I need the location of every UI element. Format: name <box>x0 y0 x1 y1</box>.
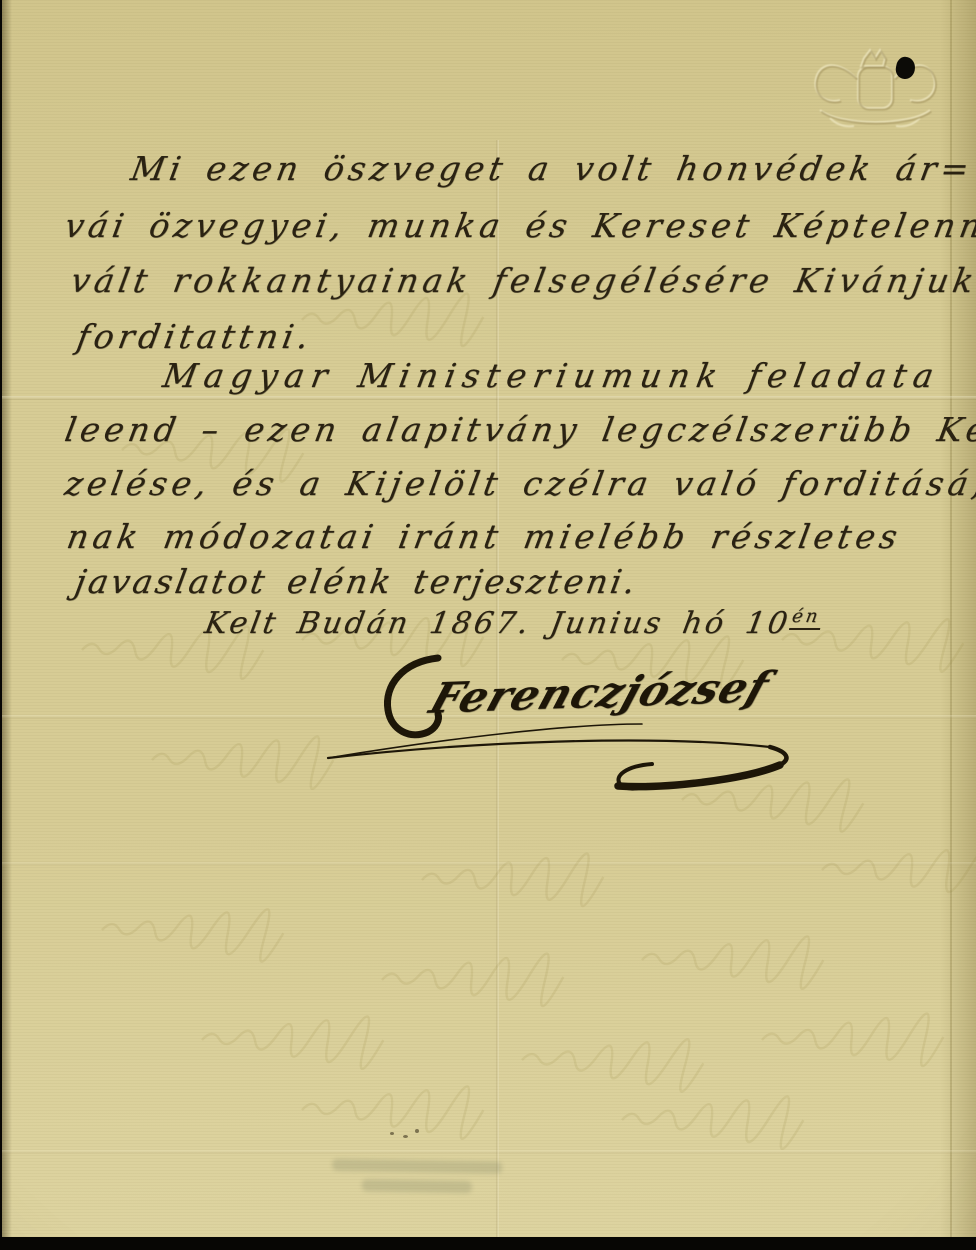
paper-sheet: Mi ezen öszveget a volt honvédek ár= vái… <box>2 0 976 1237</box>
scanned-letter-page: Mi ezen öszveget a volt honvédek ár= vái… <box>0 0 976 1250</box>
scan-vignette <box>2 0 976 1237</box>
